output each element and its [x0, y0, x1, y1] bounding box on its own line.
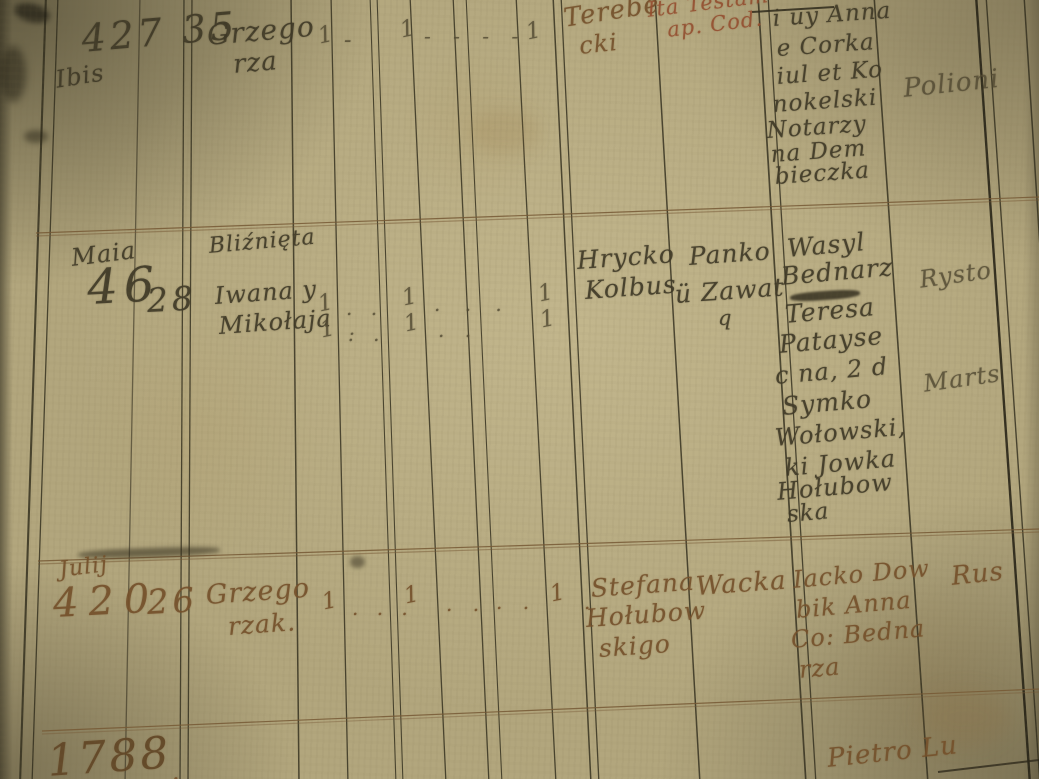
mother-name-line3: q	[718, 308, 732, 329]
child-name-line1: Iwana y	[214, 277, 318, 308]
surname-line1: Grzego	[205, 575, 311, 609]
dot-marks: . .	[496, 592, 536, 612]
row-separator-lines	[36, 7, 1039, 772]
dot-mark: .	[172, 760, 181, 779]
register-page-photo: 427 35 Ibis Grzego rza 1 - 1 - - - - 1 T…	[0, 0, 1039, 779]
father-name-line3: skigo	[598, 631, 672, 661]
surname-line2: rzak.	[227, 609, 297, 639]
patron-name-line2: cki	[578, 30, 619, 58]
mother-name-line1: Panko	[688, 238, 771, 269]
surname-line2: rza	[232, 48, 279, 78]
father-name-line1: Hrycko	[576, 241, 676, 273]
mother-name: Wacka	[695, 568, 787, 600]
vertical-rules	[20, 0, 1039, 779]
child-name-line2: Mikołaja	[218, 306, 332, 338]
mother-name-line2: ü Zawat	[674, 274, 785, 307]
rite-note: Rus	[950, 558, 1005, 589]
entry-number: 420	[52, 578, 160, 624]
entry-number-note: Ibis	[54, 60, 106, 91]
dash-marks: - - - -	[424, 26, 526, 46]
dash-mark: -	[344, 30, 352, 52]
sponsor-line: Symko	[781, 386, 873, 419]
father-name-line1: Stefana	[590, 569, 696, 601]
sponsor-line: rza	[798, 654, 841, 682]
father-name-line2: Kolbus	[584, 272, 678, 303]
day-number: 28	[146, 281, 198, 317]
year-label: 1788	[46, 731, 173, 779]
sponsor-line: ska	[786, 500, 830, 527]
day-number: 26	[146, 583, 199, 620]
dot-marks: . .	[446, 594, 486, 614]
dot-marks: : .	[348, 324, 385, 344]
dot-marks: . .	[438, 320, 478, 340]
dot-marks: . . .	[434, 294, 511, 314]
ruled-lines-layer	[0, 0, 1039, 779]
dot-marks: . .	[346, 298, 383, 318]
